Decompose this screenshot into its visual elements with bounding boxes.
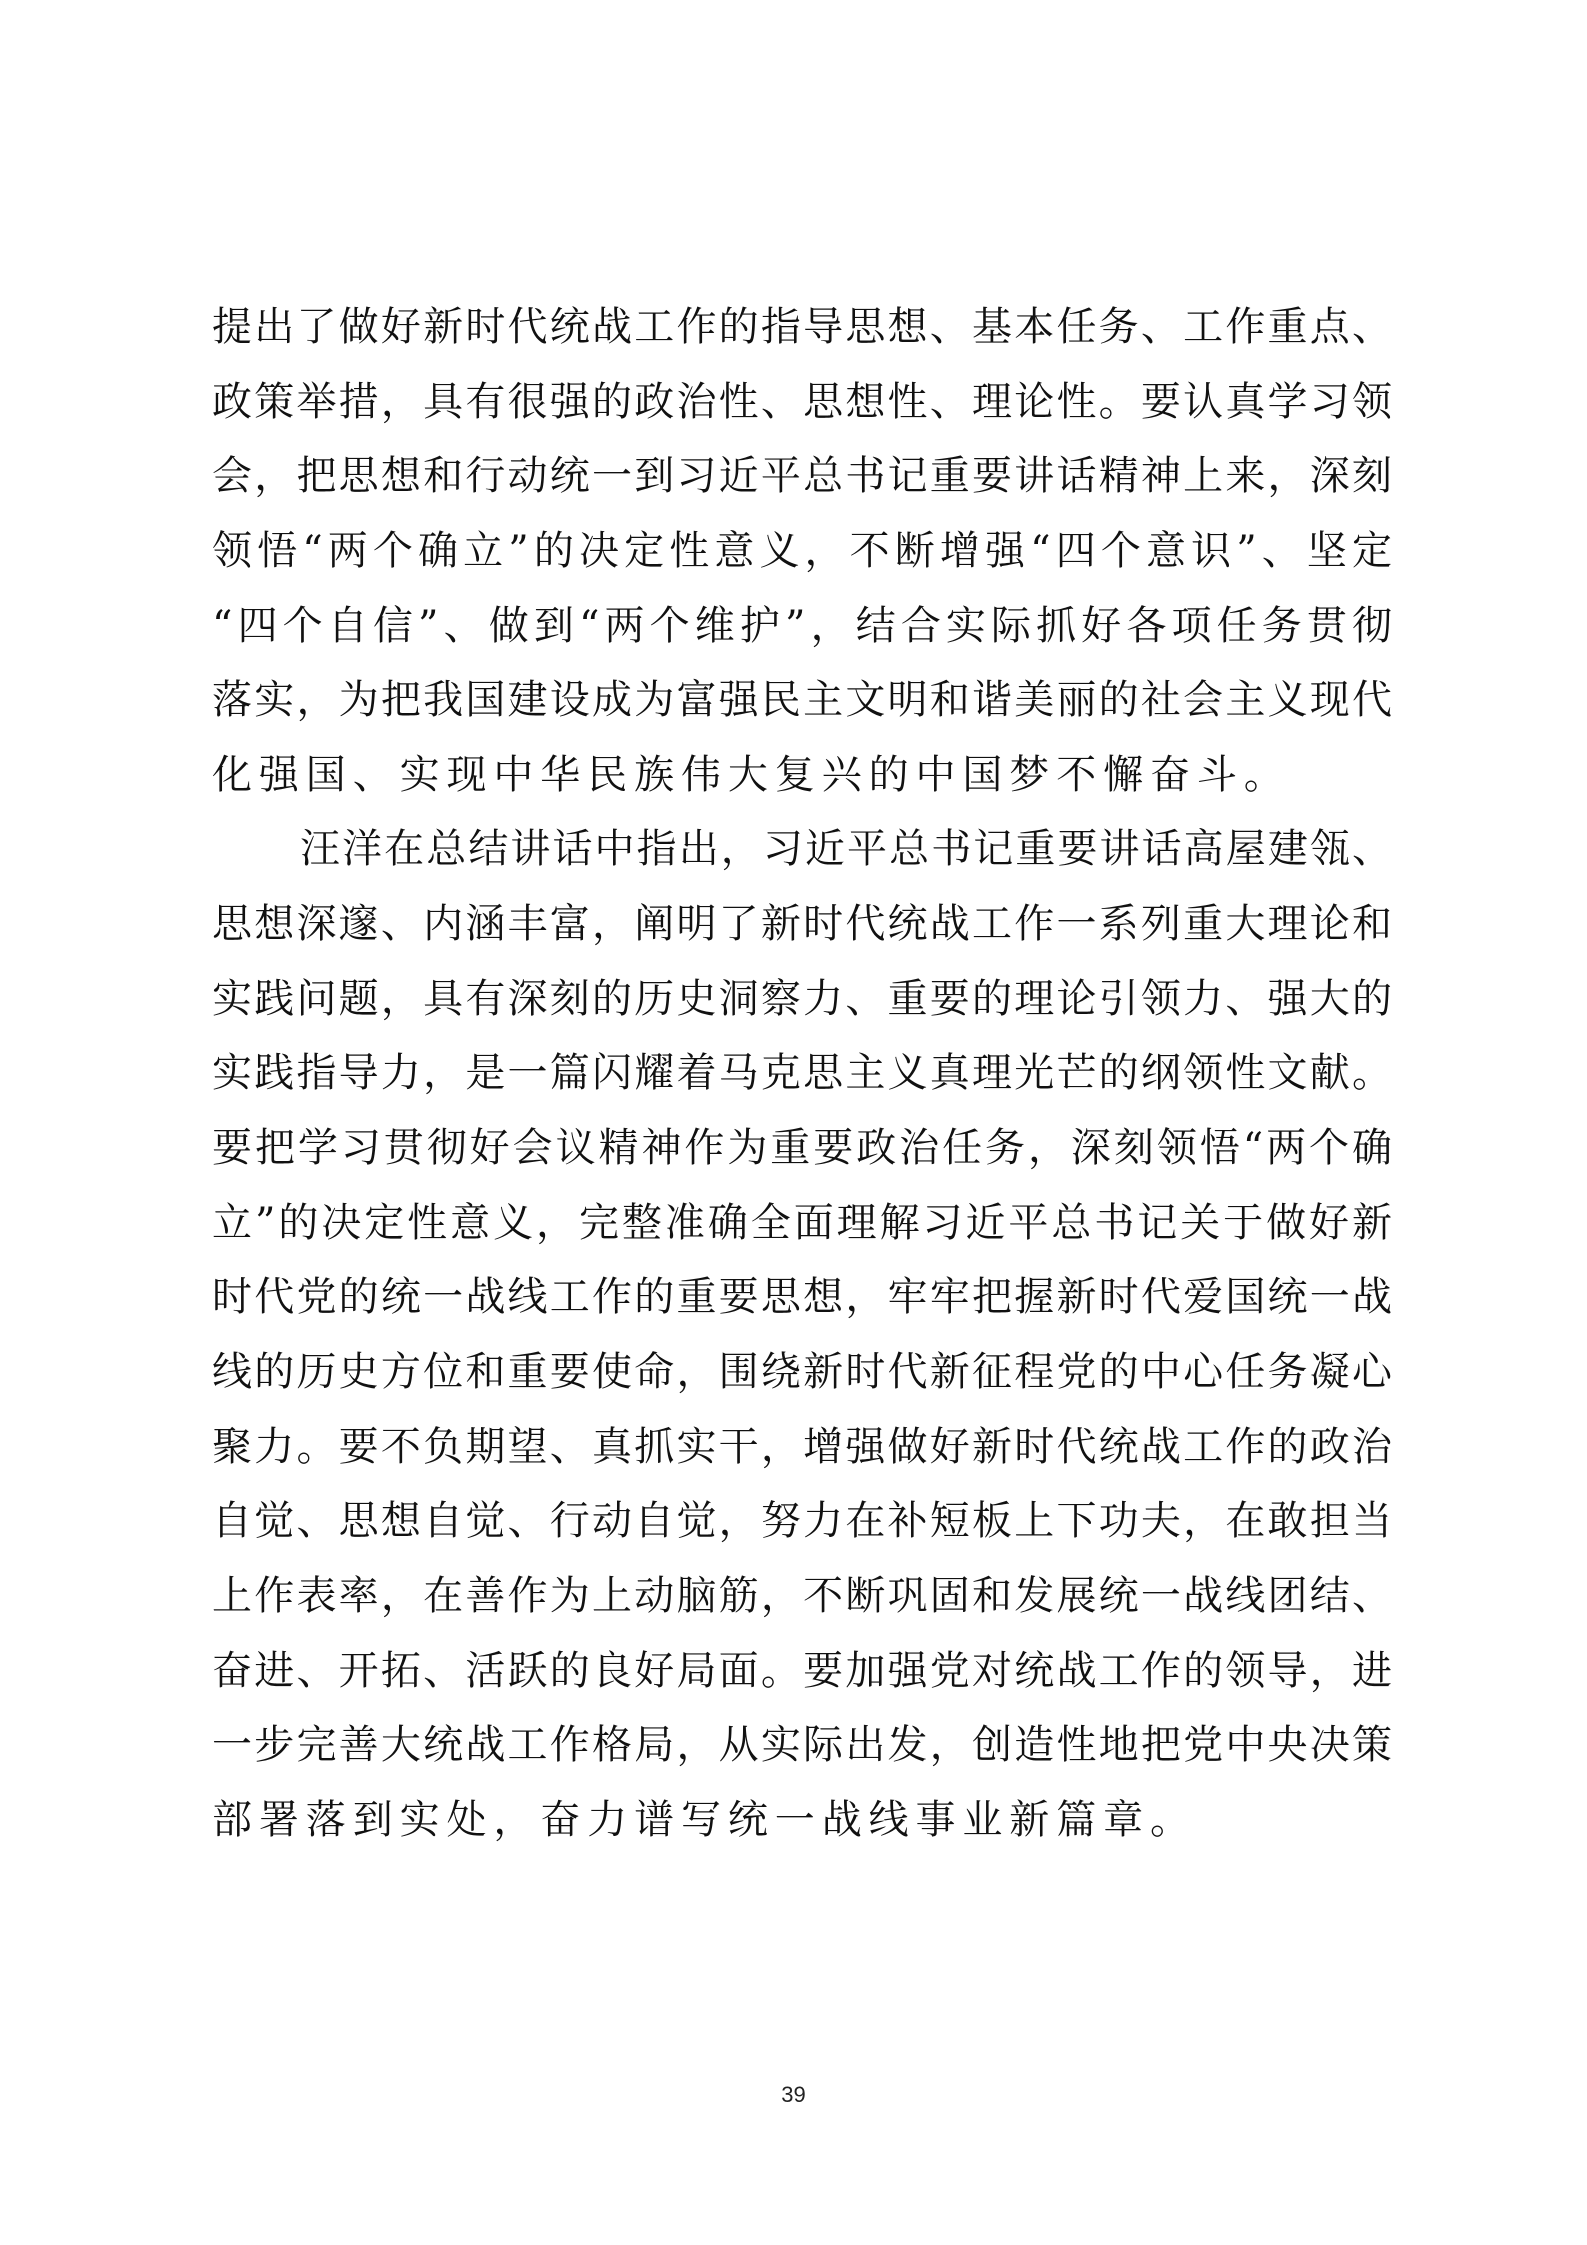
- document-page: 提出了做好新时代统战工作的指导思想、基本任务、工作重点、 政策举措，具有很强的政…: [0, 0, 1587, 2245]
- text-line: 政策举措，具有很强的政治性、思想性、理论性。要认真学习领: [212, 365, 1392, 440]
- text-line: 线的历史方位和重要使命，围绕新时代新征程党的中心任务凝心: [212, 1335, 1392, 1410]
- text-line: 要把学习贯彻好会议精神作为重要政治任务，深刻领悟“两个确: [212, 1111, 1392, 1186]
- text-line: 思想深邃、内涵丰富，阐明了新时代统战工作一系列重大理论和: [212, 887, 1392, 962]
- text-line: 领悟“两个确立”的决定性意义，不断增强“四个意识”、坚定: [212, 514, 1392, 589]
- text-line: 落实，为把我国建设成为富强民主文明和谐美丽的社会主义现代: [212, 663, 1392, 738]
- text-line: 化强国、实现中华民族伟大复兴的中国梦不懈奋斗。: [212, 738, 1392, 813]
- text-line: 实践问题，具有深刻的历史洞察力、重要的理论引领力、强大的: [212, 962, 1392, 1037]
- paragraph-first-line: 汪洋在总结讲话中指出，习近平总书记重要讲话高屋建瓴、: [212, 812, 1392, 887]
- text-line: 自觉、思想自觉、行动自觉，努力在补短板上下功夫，在敢担当: [212, 1484, 1392, 1559]
- text-line: 上作表率，在善作为上动脑筋，不断巩固和发展统一战线团结、: [212, 1559, 1392, 1634]
- text-line: 聚力。要不负期望、真抓实干，增强做好新时代统战工作的政治: [212, 1410, 1392, 1485]
- body-text: 提出了做好新时代统战工作的指导思想、基本任务、工作重点、 政策举措，具有很强的政…: [212, 290, 1392, 1857]
- text-line: “四个自信”、做到“两个维护”，结合实际抓好各项任务贯彻: [212, 589, 1392, 664]
- page-number: 39: [0, 2082, 1587, 2108]
- text-line: 提出了做好新时代统战工作的指导思想、基本任务、工作重点、: [212, 290, 1392, 365]
- text-line: 实践指导力，是一篇闪耀着马克思主义真理光芒的纲领性文献。: [212, 1036, 1392, 1111]
- text-line: 奋进、开拓、活跃的良好局面。要加强党对统战工作的领导，进: [212, 1634, 1392, 1709]
- text-line: 一步完善大统战工作格局，从实际出发，创造性地把党中央决策: [212, 1708, 1392, 1783]
- text-line: 立”的决定性意义，完整准确全面理解习近平总书记关于做好新: [212, 1186, 1392, 1261]
- text-line: 时代党的统一战线工作的重要思想，牢牢把握新时代爱国统一战: [212, 1260, 1392, 1335]
- text-line: 会，把思想和行动统一到习近平总书记重要讲话精神上来，深刻: [212, 439, 1392, 514]
- text-line: 部署落到实处，奋力谱写统一战线事业新篇章。: [212, 1783, 1392, 1858]
